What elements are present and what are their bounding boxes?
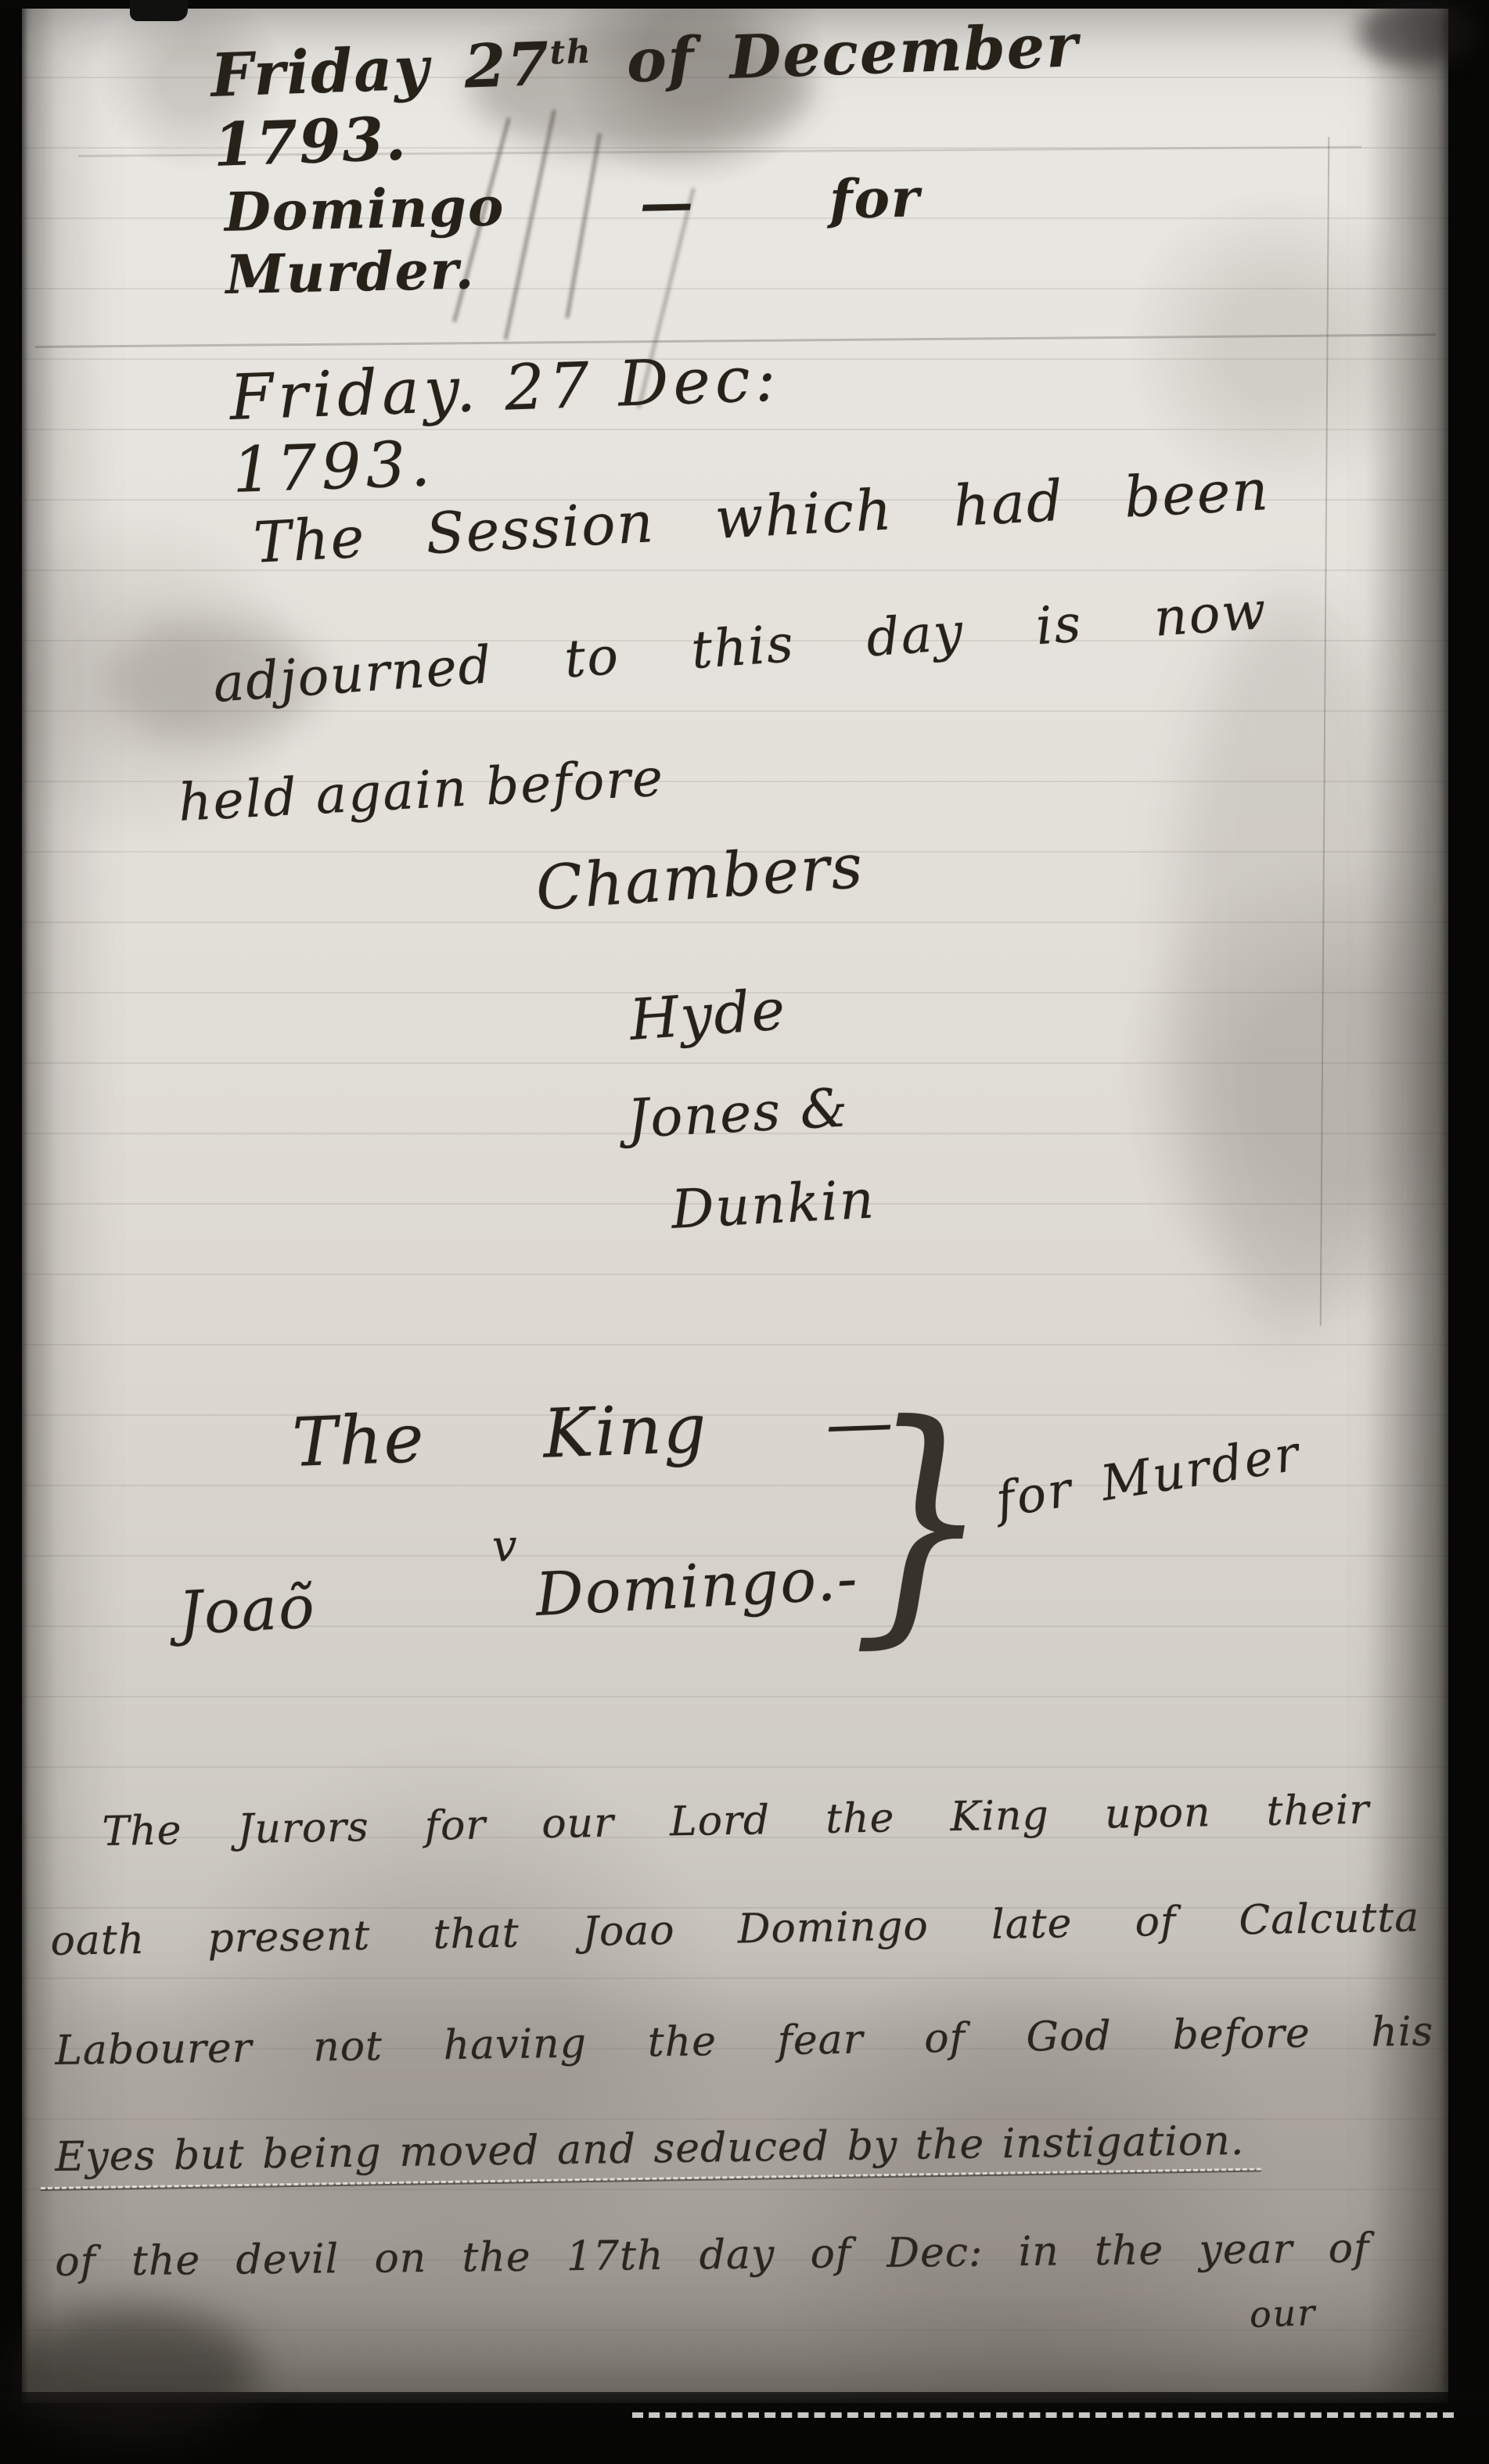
heading-date-ordinal: th bbox=[549, 32, 592, 72]
scan-corner-smudge bbox=[1358, 0, 1475, 66]
judge-name: Jones & bbox=[626, 1077, 851, 1151]
judge-name: Hyde bbox=[628, 976, 789, 1053]
heading-case-line: Domingo — for Murder. bbox=[224, 167, 923, 307]
catchword: our bbox=[1249, 2291, 1317, 2336]
scan-corner-shadow bbox=[8, 2308, 258, 2441]
manuscript-scan: Friday 27th of December 1793. Domingo — … bbox=[0, 0, 1489, 2464]
case-brace: } bbox=[851, 1391, 992, 1649]
heading-date-prefix: Friday 27 bbox=[210, 29, 552, 110]
scan-corner-mark bbox=[130, 0, 188, 21]
perforation-dashes bbox=[632, 2412, 1454, 2418]
judge-name: Dunkin bbox=[670, 1169, 877, 1241]
scan-edge-right bbox=[1448, 0, 1489, 2464]
scan-edge-top bbox=[0, 0, 1489, 9]
scan-edge-left bbox=[0, 0, 22, 2464]
ink-smudge bbox=[1174, 594, 1408, 1338]
